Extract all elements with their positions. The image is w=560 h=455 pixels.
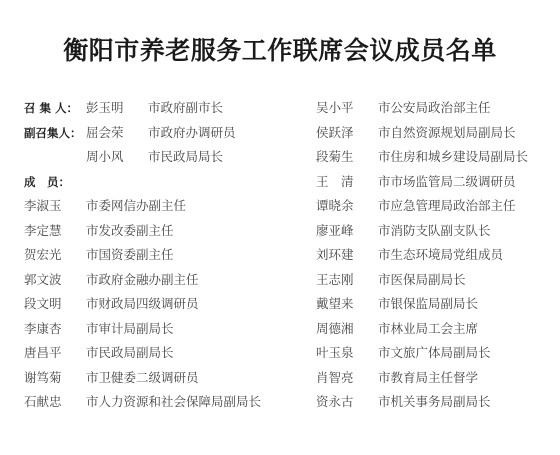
member-name: 肖智亮 xyxy=(316,366,378,391)
member-name: 廖亚峰 xyxy=(316,219,378,244)
member-post: 市发改委副主任 xyxy=(86,219,174,244)
member-post: 市文旅广体局副局长 xyxy=(378,341,491,366)
right-column: 吴小平市公安局政治部主任 侯跃泽市自然资源规划局副局长 段菊生市住房和城乡建设局… xyxy=(316,96,556,415)
member-post: 市政府办调研员 xyxy=(148,121,236,146)
members-label: 成 员： xyxy=(24,170,86,195)
member-post: 市政府副市长 xyxy=(148,96,223,121)
deputy-convener-label: 副召集人： xyxy=(24,121,86,146)
member-post: 市民政局局长 xyxy=(148,145,223,170)
document-title: 衡阳市养老服务工作联席会议成员名单 xyxy=(0,31,560,67)
deputy-convener-row: 周小风 市民政局局长 xyxy=(24,145,294,170)
member-post: 市机关事务局副局长 xyxy=(378,390,491,415)
member-row: 李淑玉市委网信办副主任 xyxy=(24,194,294,219)
member-row: 王 清市市场监管局二级调研员 xyxy=(316,170,556,195)
member-name: 彭玉明 xyxy=(86,96,148,121)
member-row: 戴望来市银保监局副局长 xyxy=(316,292,556,317)
member-row: 叶玉泉市文旅广体局副局长 xyxy=(316,341,556,366)
member-post: 市林业局工会主席 xyxy=(378,317,478,342)
member-name: 资永古 xyxy=(316,390,378,415)
member-post: 市财政局四级调研员 xyxy=(86,292,199,317)
member-post: 市自然资源规划局副局长 xyxy=(378,121,516,146)
member-post: 市消防支队副支队长 xyxy=(378,219,491,244)
member-name: 周小风 xyxy=(86,145,148,170)
member-row: 李定慧市发改委副主任 xyxy=(24,219,294,244)
member-row: 石献忠市人力资源和社会保障局副局长 xyxy=(24,390,294,415)
member-name: 唐昌平 xyxy=(24,341,86,366)
member-post: 市人力资源和社会保障局副局长 xyxy=(86,390,261,415)
member-row: 侯跃泽市自然资源规划局副局长 xyxy=(316,121,556,146)
member-row: 廖亚峰市消防支队副支队长 xyxy=(316,219,556,244)
deputy-convener-row: 副召集人： 屈会荣 市政府办调研员 xyxy=(24,121,294,146)
member-row: 唐昌平市民政局副局长 xyxy=(24,341,294,366)
member-post: 市市场监管局二级调研员 xyxy=(378,170,516,195)
member-name: 王 清 xyxy=(316,170,378,195)
member-post: 市政府金融办副主任 xyxy=(86,268,199,293)
convener-row: 召 集 人： 彭玉明 市政府副市长 xyxy=(24,96,294,121)
member-post: 市教育局主任督学 xyxy=(378,366,478,391)
member-name: 刘环建 xyxy=(316,243,378,268)
member-row: 段文明市财政局四级调研员 xyxy=(24,292,294,317)
member-name: 贺宏光 xyxy=(24,243,86,268)
member-name: 吴小平 xyxy=(316,96,378,121)
member-name: 李定慧 xyxy=(24,219,86,244)
member-name: 李康杏 xyxy=(24,317,86,342)
member-row: 资永古市机关事务局副局长 xyxy=(316,390,556,415)
member-post: 市民政局副局长 xyxy=(86,341,174,366)
member-post: 市住房和城乡建设局副局长 xyxy=(378,145,528,170)
member-row: 谢笃菊市卫健委二级调研员 xyxy=(24,366,294,391)
member-name: 段文明 xyxy=(24,292,86,317)
convener-label: 召 集 人： xyxy=(24,96,86,121)
member-post: 市审计局副局长 xyxy=(86,317,174,342)
member-row: 贺宏光市国资委副主任 xyxy=(24,243,294,268)
member-name: 周德湘 xyxy=(316,317,378,342)
member-name: 谢笃菊 xyxy=(24,366,86,391)
member-name: 戴望来 xyxy=(316,292,378,317)
member-row: 吴小平市公安局政治部主任 xyxy=(316,96,556,121)
member-name: 石献忠 xyxy=(24,390,86,415)
member-name: 谭晓余 xyxy=(316,194,378,219)
members-label-row: 成 员： xyxy=(24,170,294,195)
member-row: 郭文波市政府金融办副主任 xyxy=(24,268,294,293)
member-name: 叶玉泉 xyxy=(316,341,378,366)
member-post: 市医保局副局长 xyxy=(378,268,466,293)
member-row: 谭晓余市应急管理局政治部主任 xyxy=(316,194,556,219)
member-post: 市国资委副主任 xyxy=(86,243,174,268)
member-row: 周德湘市林业局工会主席 xyxy=(316,317,556,342)
member-post: 市卫健委二级调研员 xyxy=(86,366,199,391)
member-name: 侯跃泽 xyxy=(316,121,378,146)
member-name: 段菊生 xyxy=(316,145,378,170)
left-column: 召 集 人： 彭玉明 市政府副市长 副召集人： 屈会荣 市政府办调研员 周小风 … xyxy=(24,96,294,415)
member-post: 市生态环境局党组成员 xyxy=(378,243,503,268)
member-post: 市公安局政治部主任 xyxy=(378,96,491,121)
member-name: 王志刚 xyxy=(316,268,378,293)
member-post: 市应急管理局政治部主任 xyxy=(378,194,516,219)
member-row: 李康杏市审计局副局长 xyxy=(24,317,294,342)
member-name: 屈会荣 xyxy=(86,121,148,146)
member-row: 刘环建市生态环境局党组成员 xyxy=(316,243,556,268)
member-name: 郭文波 xyxy=(24,268,86,293)
member-row: 段菊生市住房和城乡建设局副局长 xyxy=(316,145,556,170)
member-post: 市银保监局副局长 xyxy=(378,292,478,317)
member-row: 王志刚市医保局副局长 xyxy=(316,268,556,293)
member-post: 市委网信办副主任 xyxy=(86,194,186,219)
member-row: 肖智亮市教育局主任督学 xyxy=(316,366,556,391)
member-name: 李淑玉 xyxy=(24,194,86,219)
